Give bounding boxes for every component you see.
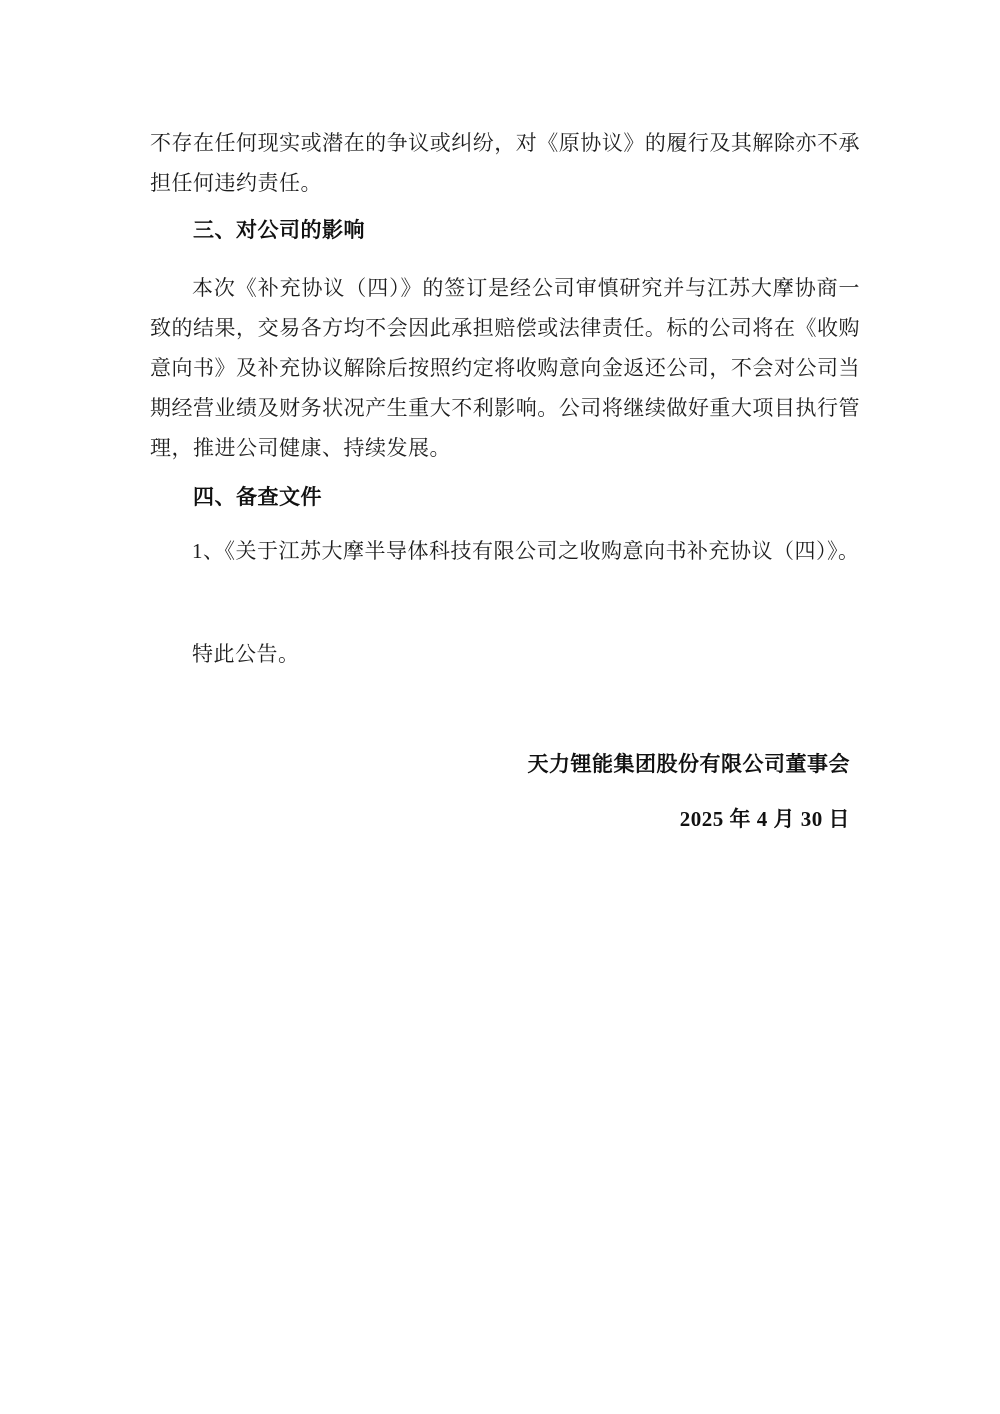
section-3-body-paragraph: 本次《补充协议（四）》的签订是经公司审慎研究并与江苏大摩协商一致的结果，交易各方… [150, 268, 860, 468]
section-4-heading: 四、备查文件 [150, 478, 860, 518]
signature-company: 天力锂能集团股份有限公司董事会 [150, 744, 850, 784]
signature-date: 2025 年 4 月 30 日 [150, 799, 850, 839]
continuation-paragraph: 不存在任何现实或潜在的争议或纠纷，对《原协议》的履行及其解除亦不承担任何违约责任… [150, 123, 860, 203]
page-content: 不存在任何现实或潜在的争议或纠纷，对《原协议》的履行及其解除亦不承担任何违约责任… [150, 123, 860, 839]
announcement-page: 不存在任何现实或潜在的争议或纠纷，对《原协议》的履行及其解除亦不承担任何违约责任… [0, 0, 1000, 1414]
section-3-heading: 三、对公司的影响 [150, 211, 860, 251]
closing-statement: 特此公告。 [150, 634, 860, 674]
reference-document-item: 1、《关于江苏大摩半导体科技有限公司之收购意向书补充协议（四）》。 [150, 531, 860, 571]
signature-block: 天力锂能集团股份有限公司董事会 2025 年 4 月 30 日 [150, 744, 860, 839]
